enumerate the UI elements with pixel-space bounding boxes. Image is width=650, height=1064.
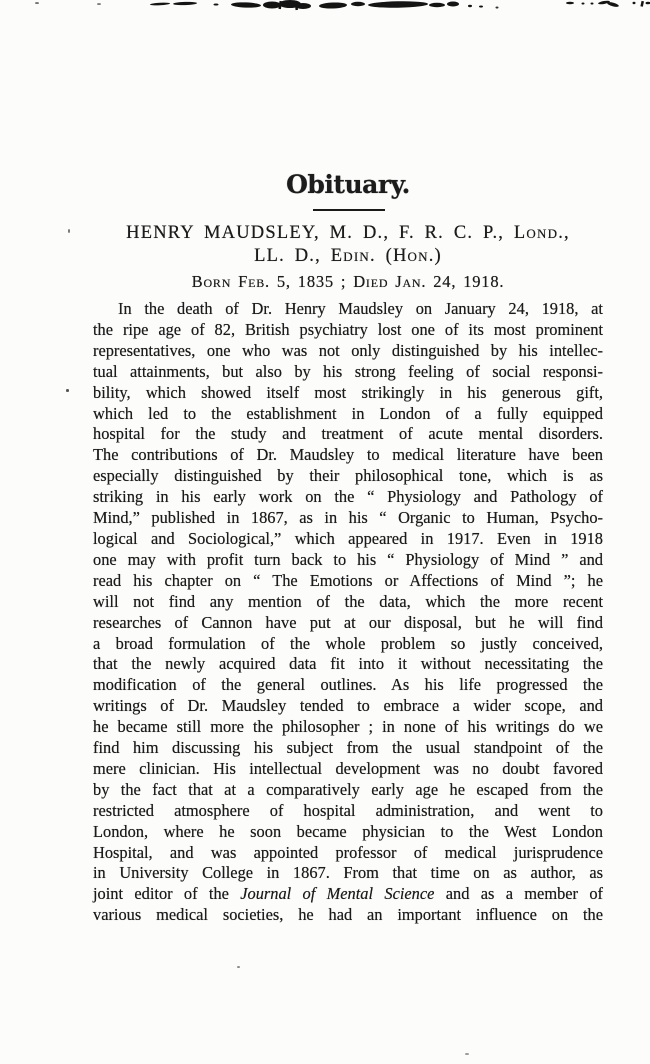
body-line: find him discussing his subject from the… xyxy=(93,738,603,759)
body-line: in University College in 1867. From that… xyxy=(93,863,603,884)
body-line: logical and Sociological,” which appeare… xyxy=(93,529,603,550)
italic-journal-title: Journal of Mental Science xyxy=(240,884,434,903)
body-line: tual attainments, but also by his strong… xyxy=(93,362,603,383)
body-line: modification of the general outlines. As… xyxy=(93,675,603,696)
body-line-segment: and as a member of xyxy=(434,884,603,903)
body-line: by the fact that at a comparatively earl… xyxy=(93,780,603,801)
body-line: striking in his early work on the “ Phys… xyxy=(93,487,603,508)
body-line: The contributions of Dr. Maudsley to med… xyxy=(93,445,603,466)
scan-speck xyxy=(66,389,69,392)
body-line: he became still more the philosopher ; i… xyxy=(93,717,603,738)
body-line: researches of Cannon have put at our dis… xyxy=(93,613,603,634)
body-line: which led to the establishment in London… xyxy=(93,404,603,425)
body-line: especially distinguished by their philos… xyxy=(93,466,603,487)
obituary-heading: Obituary. xyxy=(93,170,603,199)
deceased-name-line-2: LL. D., Edin. (Hon.) xyxy=(93,246,603,267)
body-line: representatives, one who was not only di… xyxy=(93,341,603,362)
body-line: restricted atmosphere of hospital admini… xyxy=(93,801,603,822)
body-line: will not find any mention of the data, w… xyxy=(93,592,603,613)
deceased-name-line-1: HENRY MAUDSLEY, M. D., F. R. C. P., Lond… xyxy=(93,223,603,244)
body-line: that the newly acquired data fit into it… xyxy=(93,654,603,675)
body-line: Hospital, and was appointed professor of… xyxy=(93,843,603,864)
scan-artifact-top-edge xyxy=(0,0,650,16)
scan-speck xyxy=(465,1053,469,1055)
body-line: the ripe age of 82, British psychiatry l… xyxy=(93,320,603,341)
body-line: Mind,” published in 1867, as in his “ Or… xyxy=(93,508,603,529)
birth-death-dates: Born Feb. 5, 1835 ; Died Jan. 24, 1918. xyxy=(93,272,603,292)
heading-divider xyxy=(313,209,385,211)
body-line: London, where he soon became physician t… xyxy=(93,822,603,843)
body-line-segment: joint editor of the xyxy=(93,884,240,903)
body-line: joint editor of the Journal of Mental Sc… xyxy=(93,884,603,905)
body-line: one may with profit turn back to his “ P… xyxy=(93,550,603,571)
scan-speck xyxy=(68,229,70,233)
body-line: In the death of Dr. Henry Maudsley on Ja… xyxy=(93,299,603,320)
body-line: hospital for the study and treatment of … xyxy=(93,424,603,445)
body-line: writings of Dr. Maudsley tended to embra… xyxy=(93,696,603,717)
body-line: various medical societies, he had an imp… xyxy=(93,905,603,926)
body-line: read his chapter on “ The Emotions or Af… xyxy=(93,571,603,592)
body-line: bility, which showed itself most strikin… xyxy=(93,383,603,404)
scan-speck xyxy=(237,966,240,968)
body-line: mere clinician. His intellectual develop… xyxy=(93,759,603,780)
obituary-body: In the death of Dr. Henry Maudsley on Ja… xyxy=(93,299,603,926)
scanned-page: Obituary. HENRY MAUDSLEY, M. D., F. R. C… xyxy=(0,0,650,1064)
body-line: a broad formulation of the whole problem… xyxy=(93,634,603,655)
